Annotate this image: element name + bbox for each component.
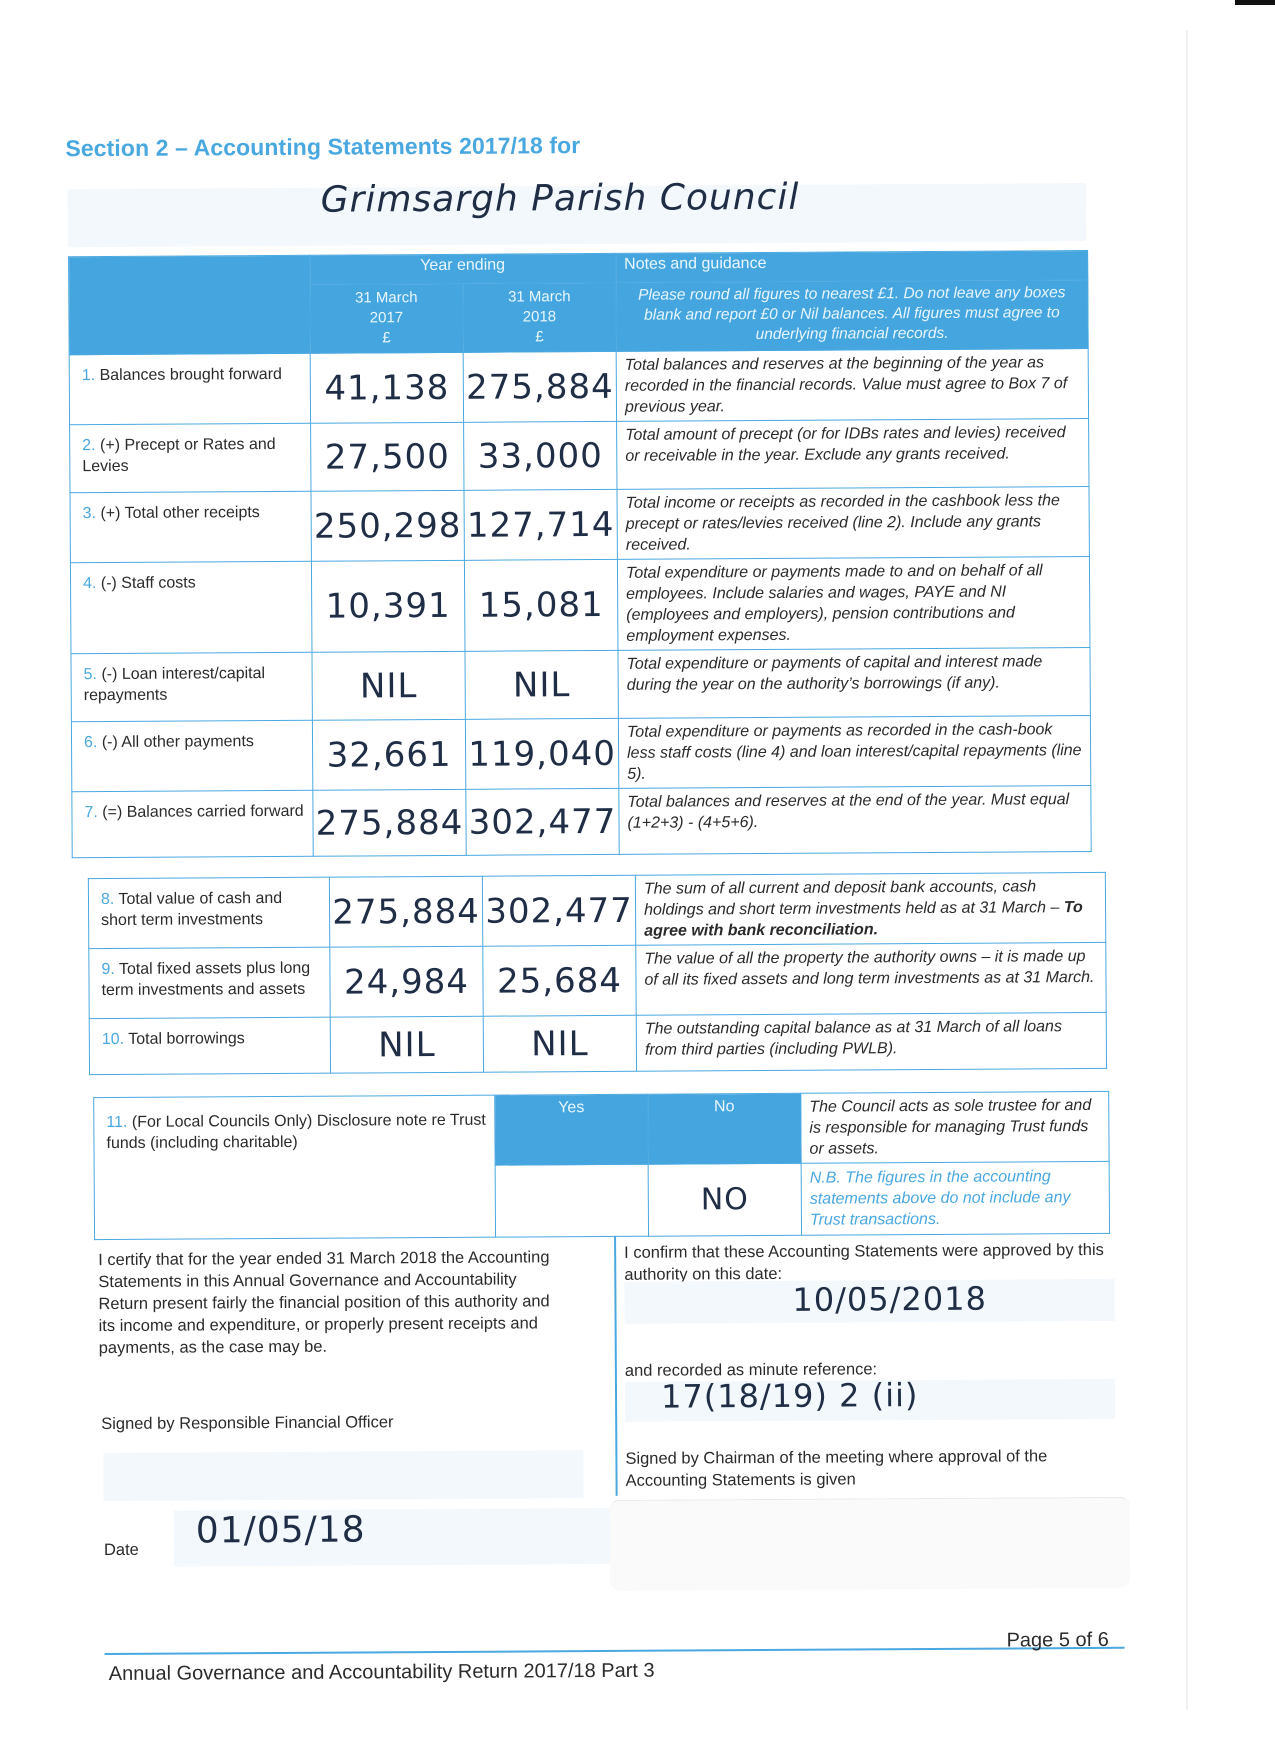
row-label: 3. (+) Total other receipts <box>70 491 311 562</box>
rfo-certification-text: I certify that for the year ended 31 Mar… <box>98 1246 569 1359</box>
row-note: Total income or receipts as recorded in … <box>617 487 1089 560</box>
value-2018-field[interactable]: 33,000 <box>464 421 617 490</box>
value-2018-field[interactable]: 25,684 <box>483 945 636 1016</box>
value-2018-field[interactable]: 127,714 <box>464 489 617 560</box>
value-2018-field[interactable]: 275,884 <box>463 351 616 422</box>
table-row: 6. (-) All other payments 32,661 119,040… <box>71 716 1090 792</box>
value-2018-field[interactable]: 119,040 <box>465 718 618 789</box>
row-label: 5. (-) Loan interest/capital repayments <box>71 652 312 721</box>
value-2017-field[interactable]: 32,661 <box>312 719 465 790</box>
table-row: 10. Total borrowings NIL NIL The outstan… <box>89 1012 1106 1074</box>
trust-nb-note: N.B. The figures in the accounting state… <box>801 1161 1109 1235</box>
row-label: 6. (-) All other payments <box>71 720 312 791</box>
accounting-statements-table: Year ending Notes and guidance 31 March … <box>68 250 1092 858</box>
value-2017-field[interactable]: NIL <box>312 651 465 720</box>
row-label: 1. Balances brought forward <box>69 353 310 424</box>
trust-funds-table: 11. (For Local Councils Only) Disclosure… <box>93 1091 1110 1240</box>
rfo-signed-label: Signed by Responsible Financial Officer <box>101 1413 393 1434</box>
table-row: 2. (+) Precept or Rates and Levies 27,50… <box>70 419 1089 493</box>
trust-no-field[interactable]: NO <box>648 1163 801 1236</box>
value-2017-field[interactable]: NIL <box>330 1016 483 1073</box>
row-note: The value of all the property the author… <box>636 942 1106 1015</box>
value-2017-field[interactable]: 27,500 <box>311 422 464 491</box>
value-2018-field[interactable]: NIL <box>465 650 618 719</box>
row-note: Total expenditure or payments of capital… <box>618 648 1090 719</box>
header-blank-cell <box>69 255 311 354</box>
value-2017-field[interactable]: 275,884 <box>313 789 466 856</box>
row-note: Total balances and reserves at the begin… <box>616 349 1088 422</box>
value-2017-field[interactable]: 24,984 <box>330 946 483 1017</box>
chair-signature-field[interactable] <box>610 1497 1131 1591</box>
table-row: 5. (-) Loan interest/capital repayments … <box>71 648 1090 722</box>
row-label: 8. Total value of cash and short term in… <box>88 877 329 948</box>
trust-yes-field[interactable] <box>495 1164 648 1237</box>
table-row: 1. Balances brought forward 41,138 275,8… <box>69 349 1088 425</box>
section-title: Section 2 – Accounting Statements 2017/1… <box>65 132 580 162</box>
value-2017-field[interactable]: 275,884 <box>329 876 482 947</box>
document-page: Section 2 – Accounting Statements 2017/1… <box>0 0 1275 1752</box>
year-ending-header: Year ending <box>310 253 616 284</box>
row-label: 7. (=) Balances carried forward <box>72 790 313 857</box>
page-number: Page 5 of 6 <box>1006 1629 1108 1653</box>
row-label: 10. Total borrowings <box>89 1017 330 1074</box>
council-name: Grimsargh Parish Council <box>321 177 800 221</box>
row-note: The outstanding capital balance as at 31… <box>636 1012 1106 1071</box>
approval-date-value: 10/05/2018 <box>792 1280 987 1319</box>
guidance-text: Please round all figures to nearest £1. … <box>616 280 1088 352</box>
table-row: 3. (+) Total other receipts 250,298 127,… <box>70 487 1089 563</box>
column-header-2017: 31 March 2017 £ <box>310 283 463 353</box>
rfo-signature-field[interactable] <box>103 1450 583 1501</box>
value-2018-field[interactable]: 302,477 <box>466 788 619 855</box>
footer-divider <box>105 1647 1125 1655</box>
row-label: 2. (+) Precept or Rates and Levies <box>70 423 311 492</box>
value-2018-field[interactable]: 302,477 <box>482 875 635 946</box>
table-row: 7. (=) Balances carried forward 275,884 … <box>72 785 1091 857</box>
row-label: 4. (-) Staff costs <box>70 561 312 653</box>
table-row: 9. Total fixed assets plus long term inv… <box>89 942 1106 1018</box>
row-note: The sum of all current and deposit bank … <box>635 872 1105 945</box>
rfo-date-value: 01/05/18 <box>196 1509 366 1551</box>
assets-table: 8. Total value of cash and short term in… <box>88 872 1107 1075</box>
table-row: 8. Total value of cash and short term in… <box>88 872 1105 948</box>
row-note: Total balances and reserves at the end o… <box>619 785 1091 854</box>
chair-signed-label: Signed by Chairman of the meeting where … <box>625 1445 1105 1492</box>
trust-no-header: No <box>648 1093 801 1164</box>
value-2018-field[interactable]: 15,081 <box>464 559 618 651</box>
value-2017-field[interactable]: 41,138 <box>310 352 463 423</box>
value-2017-field[interactable]: 250,298 <box>311 490 464 561</box>
date-label: Date <box>104 1541 139 1560</box>
trust-label: 11. (For Local Councils Only) Disclosure… <box>94 1095 496 1239</box>
row-label: 9. Total fixed assets plus long term inv… <box>89 947 330 1018</box>
minute-reference-value: 17(18/19) 2 (ii) <box>661 1376 919 1416</box>
trust-yes-header: Yes <box>495 1094 648 1165</box>
value-2017-field[interactable]: 10,391 <box>311 560 465 652</box>
table-row: 4. (-) Staff costs 10,391 15,081 Total e… <box>70 557 1090 654</box>
row-note: Total expenditure or payments made to an… <box>617 557 1090 651</box>
notes-header: Notes and guidance <box>616 251 1088 283</box>
footer-title: Annual Governance and Accountability Ret… <box>109 1660 655 1686</box>
column-header-2018: 31 March 2018 £ <box>463 282 616 352</box>
row-note: Total amount of precept (or for IDBs rat… <box>617 419 1089 490</box>
value-2018-field[interactable]: NIL <box>483 1015 636 1072</box>
trust-note: The Council acts as sole trustee for and… <box>801 1091 1109 1163</box>
row-note: Total expenditure or payments as recorde… <box>618 716 1090 789</box>
